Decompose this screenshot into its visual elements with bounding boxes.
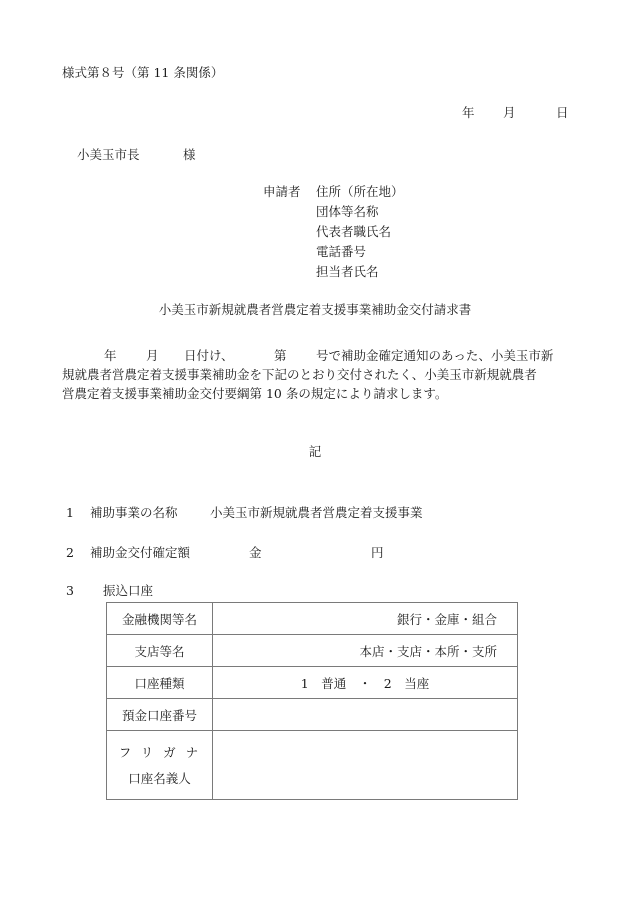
document-title: 小美玉市新規就農者営農定着支援事業補助金交付請求書 xyxy=(0,304,630,317)
item-1-label: 補助事業の名称 xyxy=(90,507,178,520)
applicant-address: 住所（所在地） xyxy=(316,186,404,206)
form-number: 様式第８号（第 11 条関係） xyxy=(62,67,223,80)
body-day: 日付け、 xyxy=(184,346,234,365)
applicant-contact-person: 担当者氏名 xyxy=(316,266,404,286)
branch-name-value[interactable]: 本店・支店・本所・支所 xyxy=(213,635,518,667)
date-day: 日 xyxy=(556,107,569,120)
addressee-name: 小美玉市長 xyxy=(77,149,140,162)
applicant-label: 申請者 xyxy=(263,186,301,199)
item-1-value: 小美玉市新規就農者営農定着支援事業 xyxy=(210,507,423,520)
bank-name-label: 金融機関等名 xyxy=(107,603,213,635)
item-3-label: 振込口座 xyxy=(103,585,153,598)
applicant-fields: 住所（所在地） 団体等名称 代表者職氏名 電話番号 担当者氏名 xyxy=(316,186,404,286)
item-2-en: 円 xyxy=(371,547,384,560)
applicant-phone: 電話番号 xyxy=(316,246,404,266)
body-dai: 第 xyxy=(274,346,287,365)
addressee-honorific: 様 xyxy=(183,149,196,162)
body-line-1: 年 月 日付け、 第 号で補助金確定通知のあった、小美玉市新 xyxy=(62,346,572,365)
account-number-value[interactable] xyxy=(213,699,518,731)
applicant-organization: 団体等名称 xyxy=(316,206,404,226)
body-paragraph: 年 月 日付け、 第 号で補助金確定通知のあった、小美玉市新 規就農者営農定着支… xyxy=(62,346,572,403)
account-type-label: 口座種類 xyxy=(107,667,213,699)
table-row: 金融機関等名 銀行・金庫・組合 xyxy=(107,603,518,635)
body-line-3: 営農定着支援事業補助金交付要綱第 10 条の規定により請求します。 xyxy=(62,384,572,403)
body-line-2: 規就農者営農定着支援事業補助金を下記のとおり交付されたく、小美玉市新規就農者 xyxy=(62,365,572,384)
item-2-label: 補助金交付確定額 xyxy=(90,547,190,560)
ki-heading: 記 xyxy=(0,446,630,459)
date-month: 月 xyxy=(503,107,516,120)
account-holder-name-label: 口座名義人 xyxy=(107,769,212,787)
account-holder-label: フリガナ 口座名義人 xyxy=(107,731,213,800)
table-row: 口座種類 1 普通 ・ 2 当座 xyxy=(107,667,518,699)
account-number-label: 預金口座番号 xyxy=(107,699,213,731)
applicant-representative: 代表者職氏名 xyxy=(316,226,404,246)
furigana-label: フリガナ xyxy=(107,743,212,761)
table-row: フリガナ 口座名義人 xyxy=(107,731,518,800)
item-1-number: 1 xyxy=(66,507,74,520)
branch-name-label: 支店等名 xyxy=(107,635,213,667)
item-2-kin: 金 xyxy=(249,547,262,560)
body-rest: 号で補助金確定通知のあった、小美玉市新 xyxy=(316,346,553,365)
body-year: 年 xyxy=(104,346,117,365)
date-year: 年 xyxy=(462,107,475,120)
body-month: 月 xyxy=(146,346,159,365)
item-2-number: 2 xyxy=(66,547,74,560)
bank-name-value[interactable]: 銀行・金庫・組合 xyxy=(213,603,518,635)
table-row: 支店等名 本店・支店・本所・支所 xyxy=(107,635,518,667)
account-holder-value[interactable] xyxy=(213,731,518,800)
item-3-number: 3 xyxy=(66,585,74,598)
account-table: 金融機関等名 銀行・金庫・組合 支店等名 本店・支店・本所・支所 口座種類 1 … xyxy=(106,602,518,800)
account-type-value[interactable]: 1 普通 ・ 2 当座 xyxy=(213,667,518,699)
table-row: 預金口座番号 xyxy=(107,699,518,731)
